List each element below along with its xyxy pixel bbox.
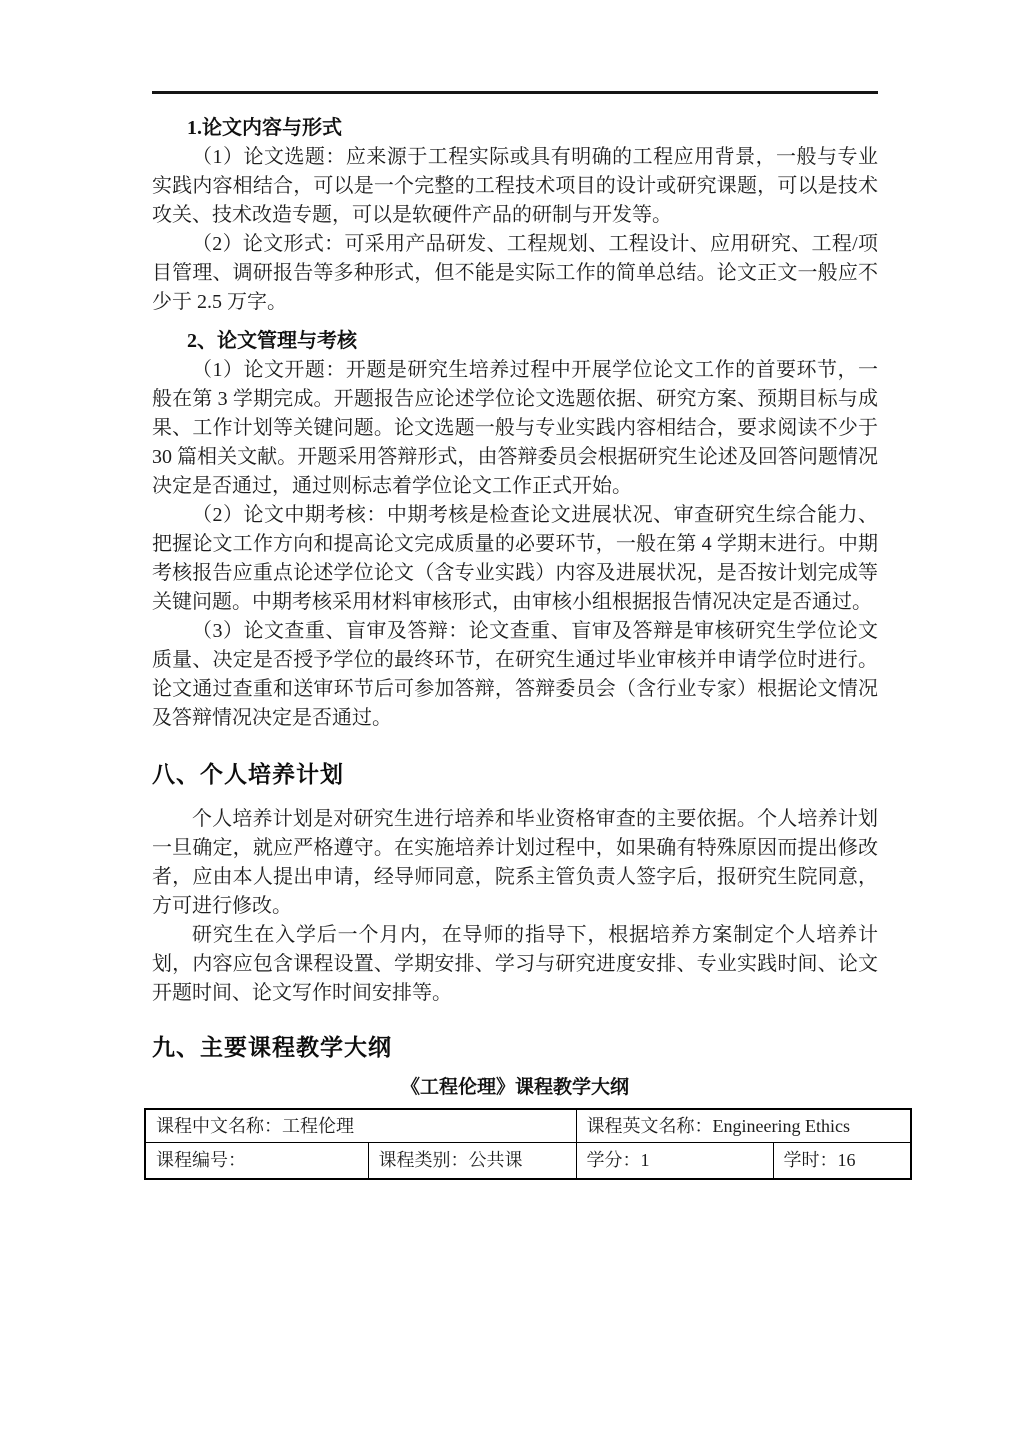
- page-content: 1.论文内容与形式 （1）论文选题：应来源于工程实际或具有明确的工程应用背景，一…: [0, 91, 1024, 1180]
- course-table-title: 《工程伦理》课程教学大纲: [152, 1072, 878, 1099]
- cell-course-cn-name: 课程中文名称：工程伦理: [145, 1109, 576, 1143]
- paragraph-plan-basis: 个人培养计划是对研究生进行培养和毕业资格审查的主要依据。个人培养计划一旦确定，就…: [152, 805, 878, 921]
- heading-personal-plan: 八、个人培养计划: [152, 759, 878, 789]
- cell-course-hours: 学时：16: [773, 1143, 911, 1179]
- paragraph-midterm-review: （2）论文中期考核：中期考核是检查论文进展状况、审查研究生综合能力、把握论文工作…: [152, 501, 878, 617]
- paragraph-plan-making: 研究生在入学后一个月内，在导师的指导下，根据培养方案制定个人培养计划，内容应包含…: [152, 921, 878, 1008]
- cell-course-number: 课程编号：: [145, 1143, 368, 1179]
- cell-course-en-name: 课程英文名称：Engineering Ethics: [576, 1109, 911, 1143]
- paragraph-thesis-topic: （1）论文选题：应来源于工程实际或具有明确的工程应用背景，一般与专业实践内容相结…: [152, 143, 878, 230]
- cell-course-credits: 学分：1: [576, 1143, 773, 1179]
- paragraph-thesis-proposal: （1）论文开题：开题是研究生培养过程中开展学位论文工作的首要环节，一般在第 3 …: [152, 356, 878, 501]
- document-page: 1.论文内容与形式 （1）论文选题：应来源于工程实际或具有明确的工程应用背景，一…: [0, 0, 1024, 1448]
- cell-course-category: 课程类别：公共课: [368, 1143, 576, 1179]
- course-info-table: 课程中文名称：工程伦理 课程英文名称：Engineering Ethics 课程…: [144, 1108, 912, 1180]
- paragraph-defense: （3）论文查重、盲审及答辩：论文查重、盲审及答辩是审核研究生学位论文质量、决定是…: [152, 617, 878, 733]
- heading-thesis-management: 2、论文管理与考核: [152, 327, 878, 356]
- table-row: 课程编号： 课程类别：公共课 学分：1 学时：16: [145, 1143, 911, 1179]
- heading-thesis-content: 1.论文内容与形式: [152, 114, 878, 143]
- table-row: 课程中文名称：工程伦理 课程英文名称：Engineering Ethics: [145, 1109, 911, 1143]
- header-rule: [152, 91, 878, 94]
- heading-syllabus: 九、主要课程教学大纲: [152, 1032, 878, 1062]
- paragraph-thesis-form: （2）论文形式：可采用产品研发、工程规划、工程设计、应用研究、工程/项目管理、调…: [152, 230, 878, 317]
